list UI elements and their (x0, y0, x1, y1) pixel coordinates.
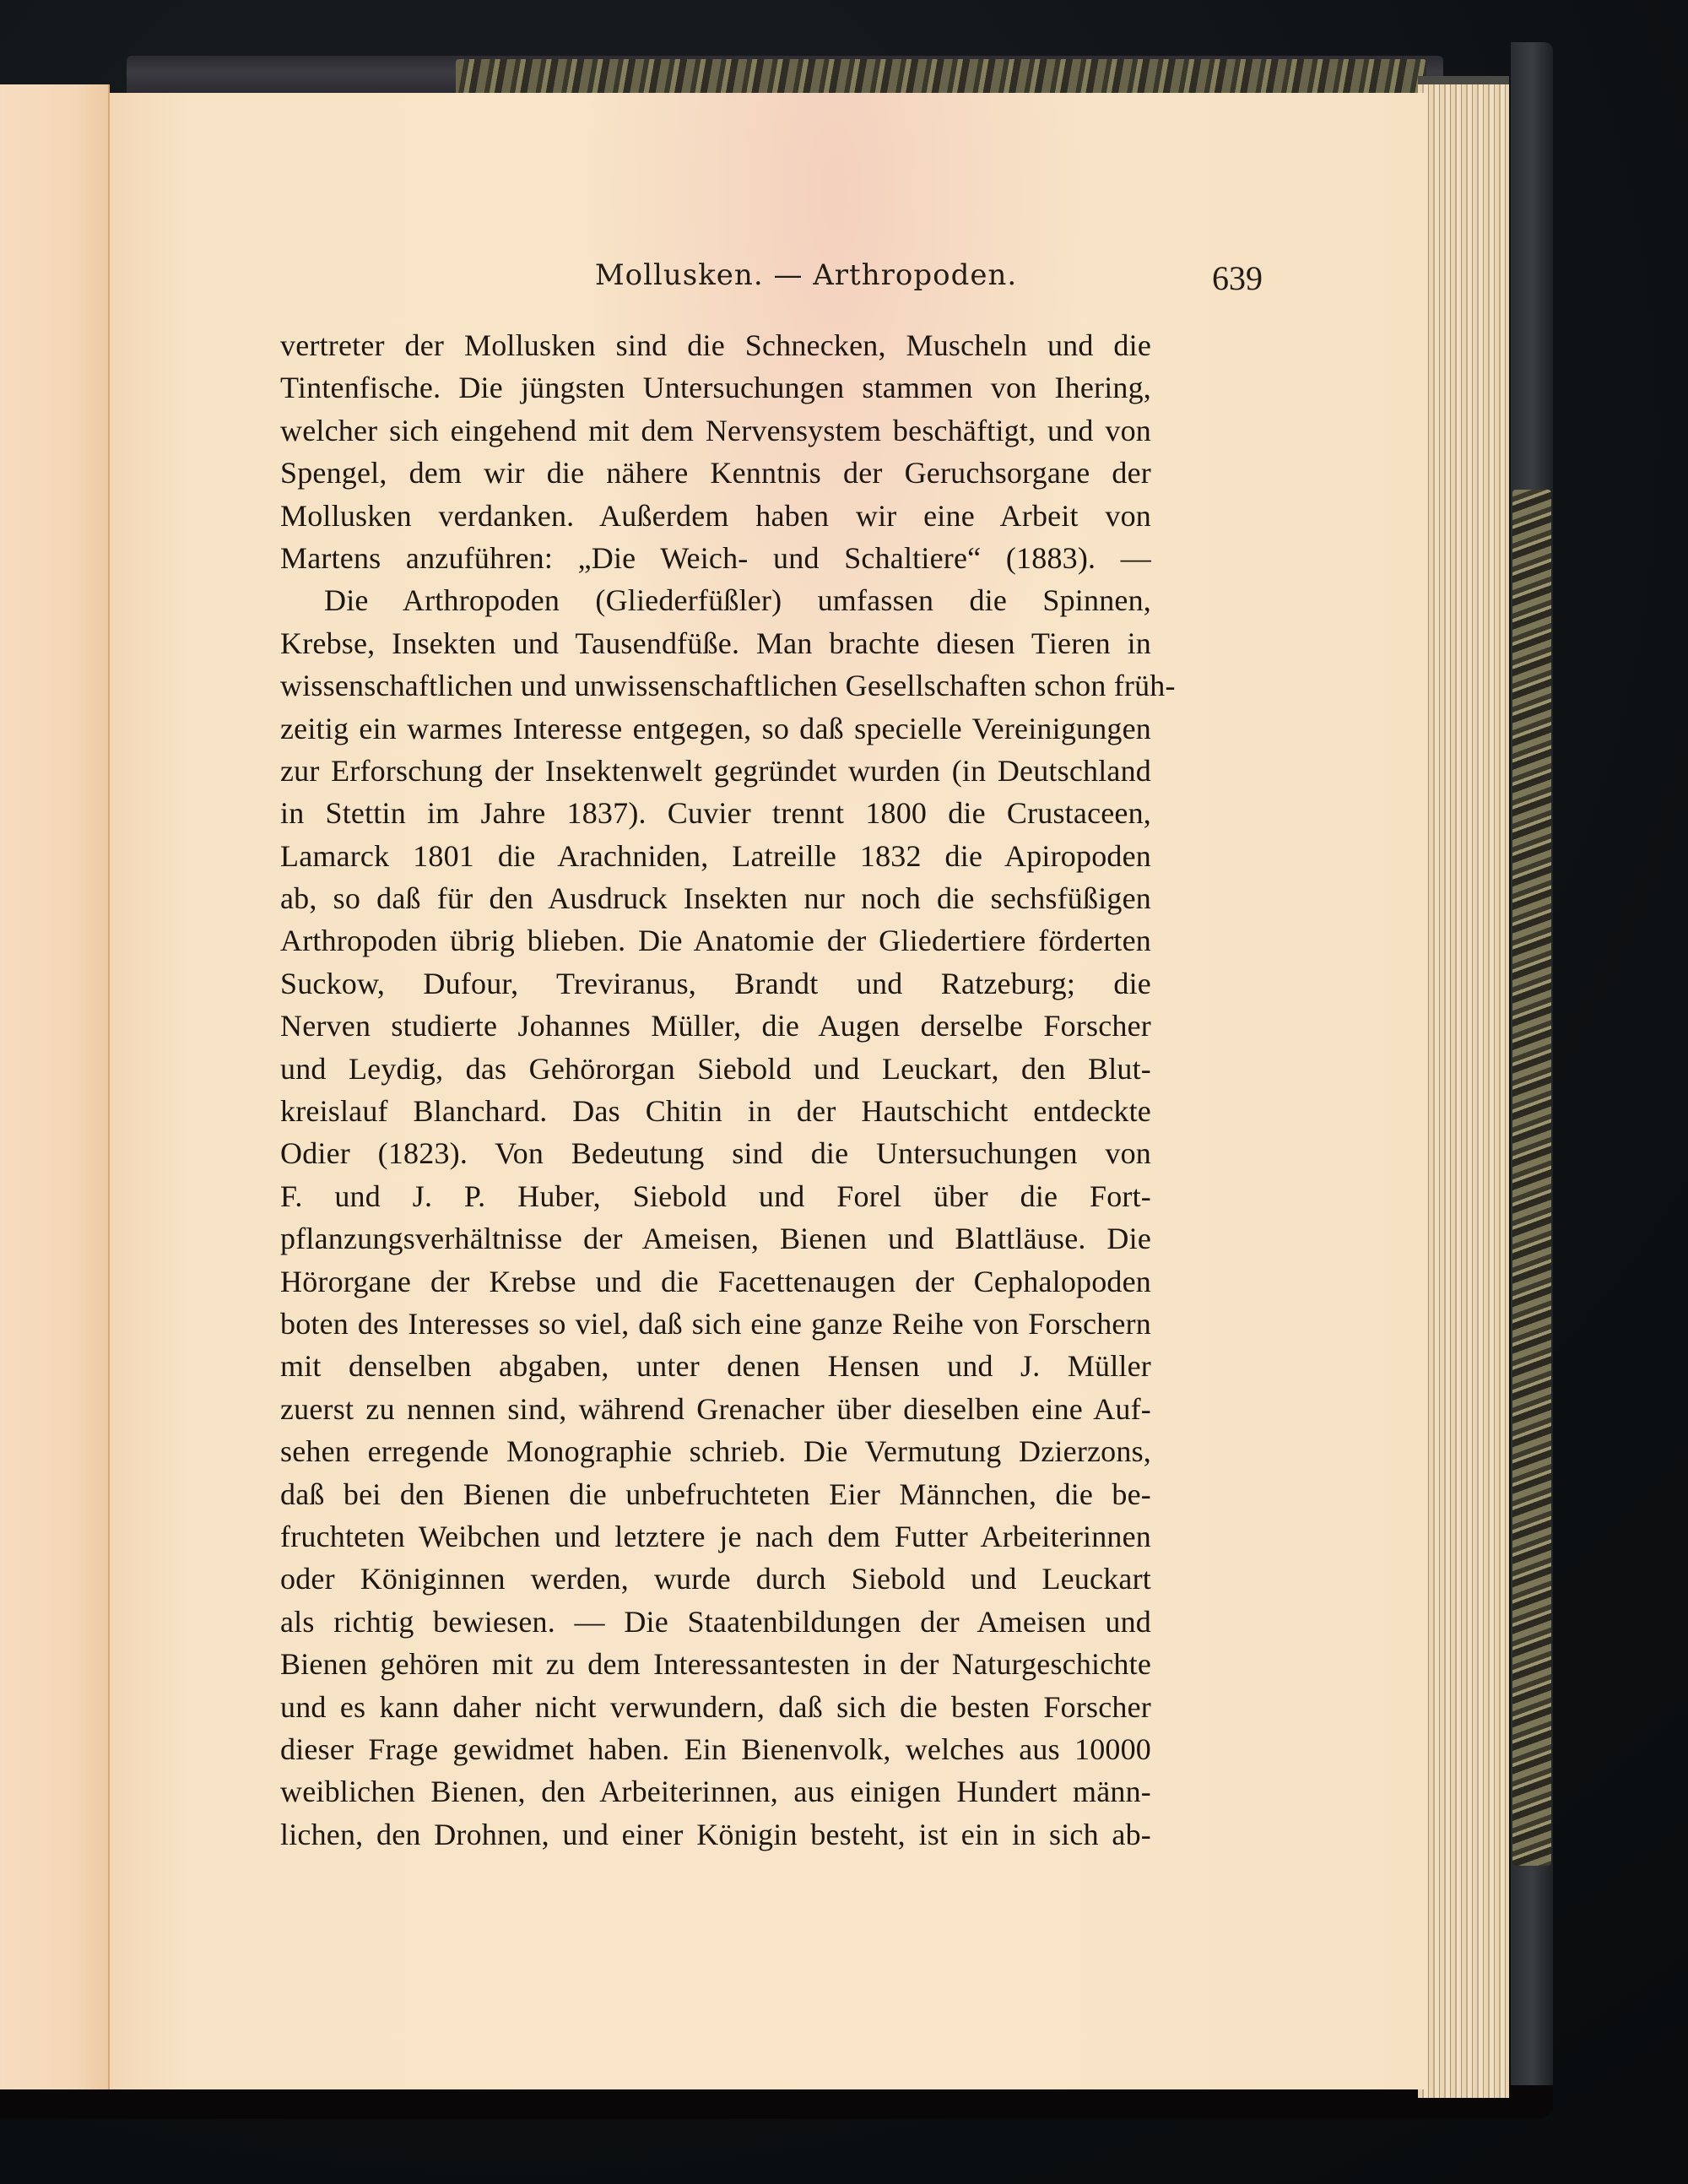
text-line: lichen, den Drohnen, und einer Königin b… (280, 1813, 1151, 1856)
text-line: welcher sich eingehend mit dem Nervensys… (280, 409, 1151, 452)
book-cover-bottom-edge (0, 2085, 1553, 2119)
text-line: Arthropoden übrig blieben. Die Anatomie … (280, 919, 1151, 962)
text-line: Krebse, Insekten und Tausendfüße. Man br… (280, 622, 1151, 664)
text-line: daß bei den Bienen die unbefruchteten Ei… (280, 1473, 1151, 1515)
page-number: 639 (1212, 258, 1263, 298)
text-line: zeitig ein warmes Interesse entgegen, so… (280, 707, 1151, 750)
paragraph-first-line: Die Arthropoden (Gliederfüßler) umfassen… (280, 579, 1151, 621)
text-line: Mollusken verdanken. Außerdem haben wir … (280, 495, 1151, 537)
text-line: Hörorgane der Krebse und die Facettenaug… (280, 1260, 1151, 1303)
running-header: Mollusken. — Arthropoden. 639 (110, 258, 1426, 309)
text-line: Nerven studierte Johannes Müller, die Au… (280, 1005, 1151, 1047)
text-line: oder Königinnen werden, wurde durch Sieb… (280, 1558, 1151, 1600)
text-line: pflanzungsverhältnisse der Ameisen, Bien… (280, 1217, 1151, 1260)
text-line: weiblichen Bienen, den Arbeiterinnen, au… (280, 1770, 1151, 1813)
text-line: Odier (1823). Von Bedeutung sind die Unt… (280, 1132, 1151, 1174)
text-line: als richtig bewiesen. — Die Staatenbildu… (280, 1601, 1151, 1643)
book-headband (456, 59, 1426, 96)
text-line: Tintenfische. Die jüngsten Untersuchunge… (280, 366, 1151, 409)
body-text: vertreter der Mollusken sind die Schneck… (280, 324, 1151, 1856)
text-line: Spengel, dem wir die nähere Kenntnis der… (280, 452, 1151, 494)
text-line: mit denselben abgaben, unter denen Hense… (280, 1345, 1151, 1387)
text-line: boten des Interesses so viel, daß sich e… (280, 1303, 1151, 1345)
text-line: Suckow, Dufour, Treviranus, Brandt und R… (280, 962, 1151, 1005)
text-line: sehen erregende Monographie schrieb. Die… (280, 1430, 1151, 1472)
text-line: Martens anzuführen: „Die Weich- und Scha… (280, 537, 1151, 579)
text-line: F. und J. P. Huber, Siebold und Forel üb… (280, 1175, 1151, 1217)
page-stack-fore-edge (1418, 76, 1509, 2098)
left-page-margin (0, 84, 110, 2089)
text-line: Lamarck 1801 die Arachniden, Latreille 1… (280, 835, 1151, 877)
text-line: kreislauf Blanchard. Das Chitin in der H… (280, 1090, 1151, 1132)
text-line: Bienen gehören mit zu dem Interessantest… (280, 1643, 1151, 1685)
text-line: und Leydig, das Gehörorgan Siebold und L… (280, 1048, 1151, 1090)
text-line: fruchteten Weibchen und letztere je nach… (280, 1515, 1151, 1558)
text-line: zur Erforschung der Insektenwelt gegründ… (280, 750, 1151, 792)
book-cover-ornament (1512, 490, 1551, 1866)
text-line: dieser Frage gewidmet haben. Ein Bienenv… (280, 1728, 1151, 1770)
text-line: wissenschaftlichen und unwissenschaftlic… (280, 664, 1151, 707)
text-line: vertreter der Mollusken sind die Schneck… (280, 324, 1151, 366)
text-line: in Stettin im Jahre 1837). Cuvier trennt… (280, 792, 1151, 834)
text-line: ab, so daß für den Ausdruck Insekten nur… (280, 877, 1151, 919)
text-line: zuerst zu nennen sind, während Grenacher… (280, 1388, 1151, 1430)
text-line: und es kann daher nicht verwundern, daß … (280, 1686, 1151, 1728)
